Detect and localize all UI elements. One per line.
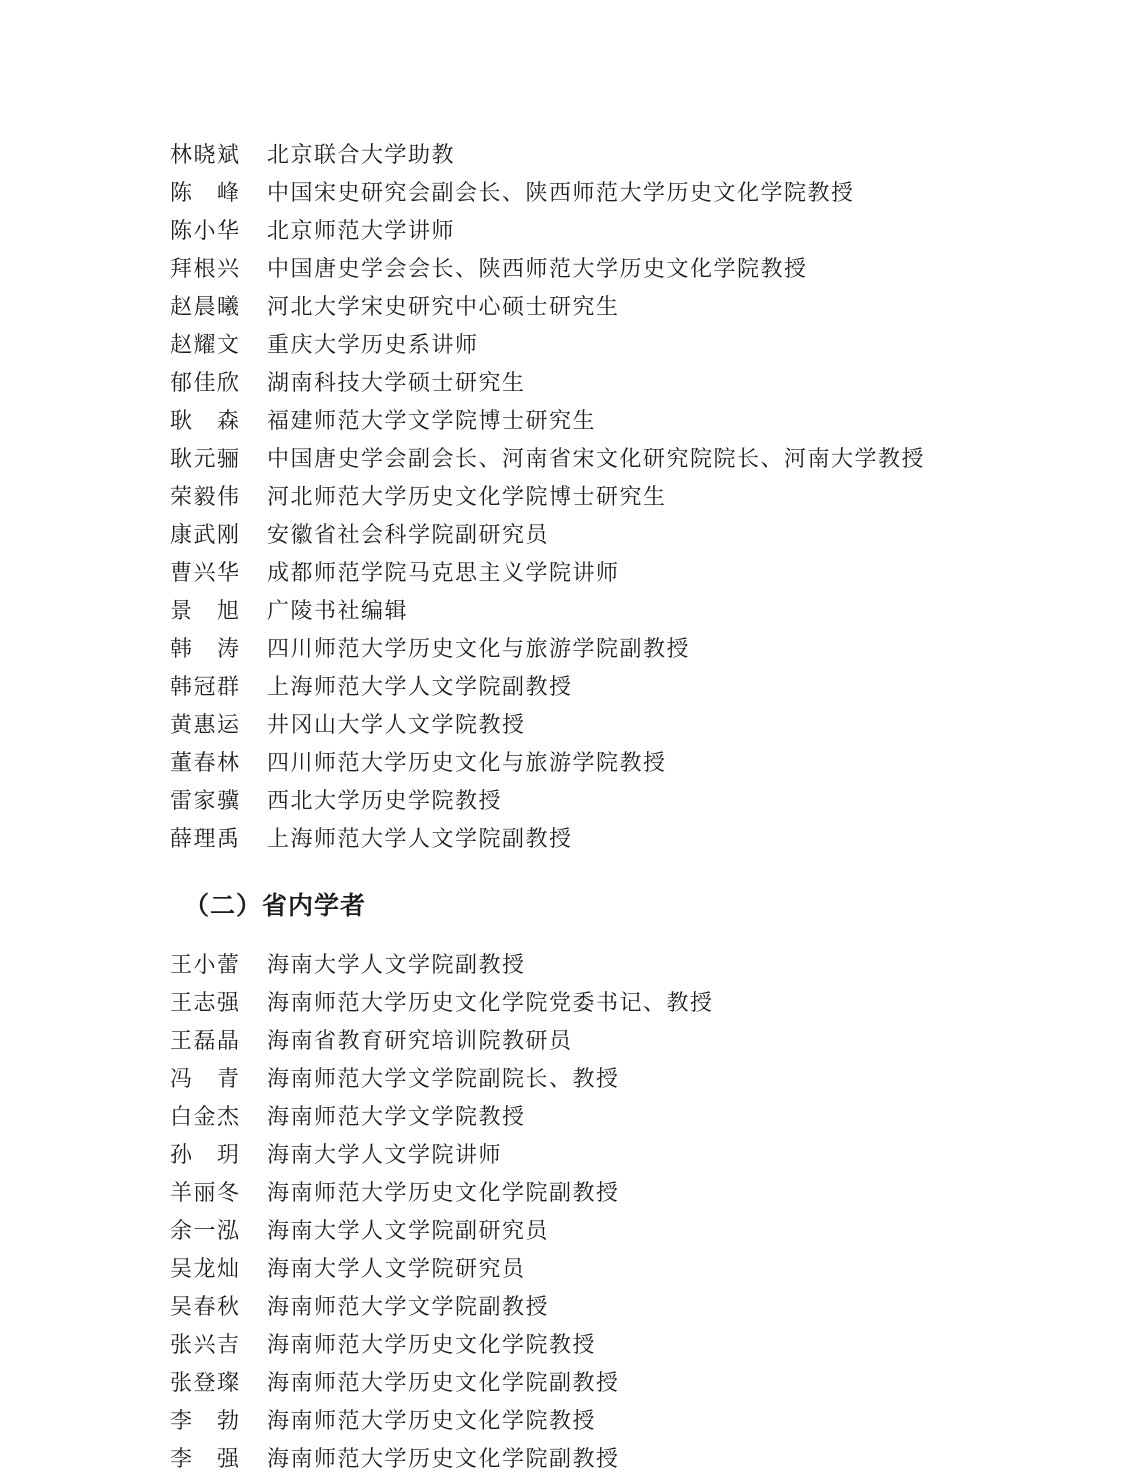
scholar-name: 耿 森 [170,402,242,440]
scholar-affiliation: 上海师范大学人文学院副教授 [267,820,1079,858]
scholar-affiliation: 井冈山大学人文学院教授 [267,706,1079,744]
scholar-name: 王小蕾 [170,946,242,984]
scholar-affiliation: 中国宋史研究会副会长、陕西师范大学历史文化学院教授 [267,174,1079,212]
scholar-name: 吴春秋 [170,1288,242,1326]
scholar-name: 荣毅伟 [170,478,242,516]
scholar-name: 陈小华 [170,212,242,250]
scholar-row: 李 勃 海南师范大学历史文化学院教授 [170,1402,1079,1440]
document-page: 林晓斌 北京联合大学助教 陈 峰 中国宋史研究会副会长、陕西师范大学历史文化学院… [0,0,1139,1474]
scholar-row: 孙 玥 海南大学人文学院讲师 [170,1136,1079,1174]
scholar-name: 耿元骊 [170,440,242,478]
scholar-name: 韩冠群 [170,668,242,706]
scholar-row: 冯 青 海南师范大学文学院副院长、教授 [170,1060,1079,1098]
scholar-name: 王磊晶 [170,1022,242,1060]
scholar-affiliation: 广陵书社编辑 [267,592,1079,630]
scholar-affiliation: 海南师范大学历史文化学院教授 [267,1402,1079,1440]
scholar-row: 董春林 四川师范大学历史文化与旅游学院教授 [170,744,1079,782]
scholar-name: 冯 青 [170,1060,242,1098]
scholar-affiliation: 海南师范大学文学院副教授 [267,1288,1079,1326]
scholar-affiliation: 海南师范大学历史文化学院副教授 [267,1364,1079,1402]
scholar-name: 羊丽冬 [170,1174,242,1212]
scholar-name: 李 勃 [170,1402,242,1440]
scholar-row: 李 强 海南师范大学历史文化学院副教授 [170,1440,1079,1474]
scholar-row: 景 旭 广陵书社编辑 [170,592,1079,630]
scholar-affiliation: 北京联合大学助教 [267,136,1079,174]
scholar-name: 郁佳欣 [170,364,242,402]
scholar-name: 黄惠运 [170,706,242,744]
scholar-affiliation: 海南师范大学文学院副院长、教授 [267,1060,1079,1098]
scholar-row: 吴春秋 海南师范大学文学院副教授 [170,1288,1079,1326]
scholar-affiliation: 河北师范大学历史文化学院博士研究生 [267,478,1079,516]
scholar-affiliation: 湖南科技大学硕士研究生 [267,364,1079,402]
scholar-name: 薛理禹 [170,820,242,858]
scholar-affiliation: 海南师范大学历史文化学院教授 [267,1326,1079,1364]
scholar-affiliation: 四川师范大学历史文化与旅游学院教授 [267,744,1079,782]
scholar-row: 荣毅伟 河北师范大学历史文化学院博士研究生 [170,478,1079,516]
scholar-affiliation: 海南大学人文学院研究员 [267,1250,1079,1288]
scholar-affiliation: 北京师范大学讲师 [267,212,1079,250]
scholar-affiliation: 海南师范大学历史文化学院副教授 [267,1174,1079,1212]
section-heading-province-scholars: （二）省内学者 [184,886,1079,926]
scholar-affiliation: 成都师范学院马克思主义学院讲师 [267,554,1079,592]
scholar-affiliation: 西北大学历史学院教授 [267,782,1079,820]
scholar-name: 赵耀文 [170,326,242,364]
scholar-row: 王磊晶 海南省教育研究培训院教研员 [170,1022,1079,1060]
scholar-row: 赵耀文 重庆大学历史系讲师 [170,326,1079,364]
scholar-row: 薛理禹 上海师范大学人文学院副教授 [170,820,1079,858]
scholar-affiliation: 福建师范大学文学院博士研究生 [267,402,1079,440]
scholar-list-section-2: 王小蕾 海南大学人文学院副教授 王志强 海南师范大学历史文化学院党委书记、教授 … [170,946,1079,1474]
scholar-affiliation: 海南大学人文学院副研究员 [267,1212,1079,1250]
scholar-name: 景 旭 [170,592,242,630]
scholar-name: 赵晨曦 [170,288,242,326]
scholar-name: 韩 涛 [170,630,242,668]
scholar-row: 陈 峰 中国宋史研究会副会长、陕西师范大学历史文化学院教授 [170,174,1079,212]
scholar-name: 拜根兴 [170,250,242,288]
scholar-row: 郁佳欣 湖南科技大学硕士研究生 [170,364,1079,402]
scholar-name: 陈 峰 [170,174,242,212]
scholar-name: 白金杰 [170,1098,242,1136]
scholar-affiliation: 海南省教育研究培训院教研员 [267,1022,1079,1060]
scholar-name: 林晓斌 [170,136,242,174]
scholar-name: 康武刚 [170,516,242,554]
scholar-row: 王志强 海南师范大学历史文化学院党委书记、教授 [170,984,1079,1022]
scholar-list-section-1: 林晓斌 北京联合大学助教 陈 峰 中国宋史研究会副会长、陕西师范大学历史文化学院… [170,136,1079,858]
scholar-affiliation: 海南师范大学历史文化学院党委书记、教授 [267,984,1079,1022]
scholar-affiliation: 安徽省社会科学院副研究员 [267,516,1079,554]
scholar-affiliation: 海南师范大学历史文化学院副教授 [267,1440,1079,1474]
scholar-affiliation: 海南师范大学文学院教授 [267,1098,1079,1136]
scholar-name: 曹兴华 [170,554,242,592]
scholar-name: 吴龙灿 [170,1250,242,1288]
scholar-affiliation: 上海师范大学人文学院副教授 [267,668,1079,706]
scholar-row: 王小蕾 海南大学人文学院副教授 [170,946,1079,984]
scholar-affiliation: 四川师范大学历史文化与旅游学院副教授 [267,630,1079,668]
scholar-affiliation: 河北大学宋史研究中心硕士研究生 [267,288,1079,326]
scholar-row: 曹兴华 成都师范学院马克思主义学院讲师 [170,554,1079,592]
scholar-name: 王志强 [170,984,242,1022]
scholar-row: 耿 森 福建师范大学文学院博士研究生 [170,402,1079,440]
scholar-name: 雷家骥 [170,782,242,820]
scholar-row: 余一泓 海南大学人文学院副研究员 [170,1212,1079,1250]
scholar-row: 雷家骥 西北大学历史学院教授 [170,782,1079,820]
scholar-name: 董春林 [170,744,242,782]
scholar-name: 张兴吉 [170,1326,242,1364]
scholar-name: 李 强 [170,1440,242,1474]
scholar-affiliation: 海南大学人文学院副教授 [267,946,1079,984]
scholar-row: 张兴吉 海南师范大学历史文化学院教授 [170,1326,1079,1364]
scholar-row: 白金杰 海南师范大学文学院教授 [170,1098,1079,1136]
scholar-row: 林晓斌 北京联合大学助教 [170,136,1079,174]
scholar-row: 陈小华 北京师范大学讲师 [170,212,1079,250]
scholar-row: 吴龙灿 海南大学人文学院研究员 [170,1250,1079,1288]
scholar-name: 余一泓 [170,1212,242,1250]
scholar-affiliation: 海南大学人文学院讲师 [267,1136,1079,1174]
scholar-row: 韩冠群 上海师范大学人文学院副教授 [170,668,1079,706]
scholar-affiliation: 中国唐史学会副会长、河南省宋文化研究院院长、河南大学教授 [267,440,1079,478]
scholar-row: 耿元骊 中国唐史学会副会长、河南省宋文化研究院院长、河南大学教授 [170,440,1079,478]
scholar-row: 黄惠运 井冈山大学人文学院教授 [170,706,1079,744]
scholar-row: 张登璨 海南师范大学历史文化学院副教授 [170,1364,1079,1402]
scholar-row: 康武刚 安徽省社会科学院副研究员 [170,516,1079,554]
scholar-name: 张登璨 [170,1364,242,1402]
scholar-affiliation: 中国唐史学会会长、陕西师范大学历史文化学院教授 [267,250,1079,288]
scholar-row: 韩 涛 四川师范大学历史文化与旅游学院副教授 [170,630,1079,668]
scholar-name: 孙 玥 [170,1136,242,1174]
scholar-row: 羊丽冬 海南师范大学历史文化学院副教授 [170,1174,1079,1212]
scholar-row: 拜根兴 中国唐史学会会长、陕西师范大学历史文化学院教授 [170,250,1079,288]
scholar-row: 赵晨曦 河北大学宋史研究中心硕士研究生 [170,288,1079,326]
scholar-affiliation: 重庆大学历史系讲师 [267,326,1079,364]
